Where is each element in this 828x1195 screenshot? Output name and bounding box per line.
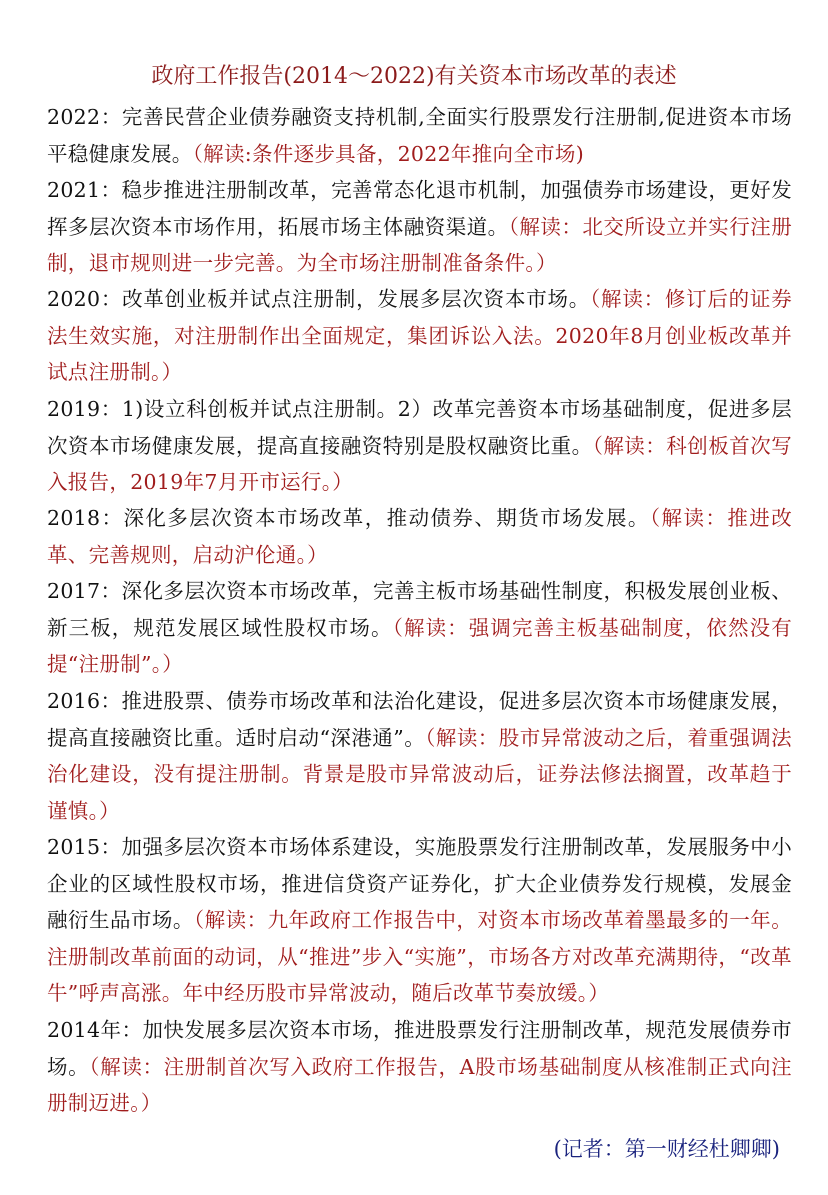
entry-2017: 2017：深化多层次资本市场改革，完善主板市场基础性制度，积极发展创业板、新三板… [47,573,792,683]
entry-2018: 2018：深化多层次资本市场改革，推动债券、期货市场发展。（解读：推进改革、完善… [47,500,792,573]
document-title: 政府工作报告(2014～2022)有关资本市场改革的表述 [0,62,828,92]
entry-note: （解读：注册制首次写入政府工作报告，A股市场基础制度从核准制正式向注册制迈进。） [47,1055,792,1116]
entry-year: 2019： [47,397,122,421]
entry-year: 2021： [47,178,122,202]
entry-year: 2014年： [47,1018,142,1042]
entry-year: 2018： [47,506,123,530]
entry-2016: 2016：推进股票、债券市场改革和法治化建设，促进多层次资本市场健康发展，提高直… [47,683,792,829]
entry-2020: 2020：改革创业板并试点注册制，发展多层次资本市场。（解读：修订后的证券法生效… [47,281,792,391]
entry-year: 2020： [47,287,122,311]
entry-2015: 2015：加强多层次资本市场体系建设，实施股票发行注册制改革，发展服务中小企业的… [47,829,792,1012]
entry-note: （解读:条件逐步具备，2022年推向全市场) [193,142,584,166]
entry-2022: 2022：完善民营企业债券融资支持机制,全面实行股票发行注册制,促进资本市场平稳… [47,99,792,172]
entry-text: 改革创业板并试点注册制，发展多层次资本市场。 [122,287,590,311]
entry-year: 2015： [47,835,122,859]
reporter-byline: (记者：第一财经杜卿卿) [554,1134,780,1164]
entry-year: 2017： [47,579,122,603]
entry-2021: 2021：稳步推进注册制改革，完善常态化退市机制，加强债券市场建设，更好发挥多层… [47,172,792,282]
entry-year: 2016： [47,689,122,713]
entry-text: 深化多层次资本市场改革，推动债券、期货市场发展。 [123,506,649,530]
entry-year: 2022： [47,105,122,129]
entry-2014: 2014年：加快发展多层次资本市场，推进股票发行注册制改革，规范发展债券市场。（… [47,1012,792,1122]
entry-2019: 2019：1)设立科创板并试点注册制。2）改革完善资本市场基础制度，促进多层次资… [47,391,792,501]
